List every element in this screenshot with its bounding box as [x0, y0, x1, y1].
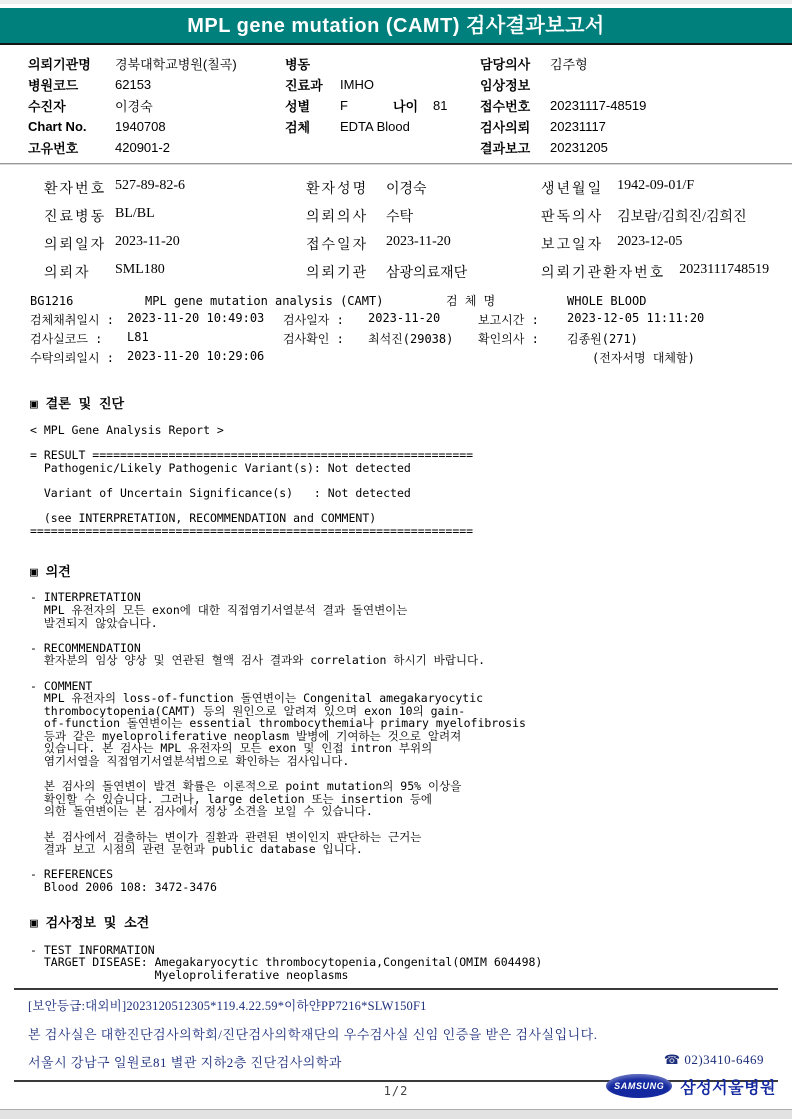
patient-label: 진료병동	[30, 206, 115, 226]
info-value: 420901-2	[115, 140, 285, 155]
patient-value: 김보람/김희진/김희진	[617, 206, 792, 226]
patient-row: 의뢰자 SML180 의뢰기관 삼광의료재단 의뢰기관환자번호 20231117…	[30, 255, 792, 283]
patient-label: 생년월일	[541, 178, 617, 198]
info-label: 의뢰기관명	[28, 54, 115, 73]
security-line: [보안등급:대외비]2023120512305*119.4.22.59*이하얀P…	[28, 996, 778, 1014]
info-value: 이경숙	[115, 96, 285, 115]
patient-value: 수탁	[386, 206, 541, 226]
patient-label: 판독의사	[541, 206, 617, 226]
top-strip	[0, 0, 792, 8]
info-row: 의뢰기관명 경북대학교병원(칠곡) 병동 담당의사 김주형	[28, 53, 792, 74]
info-label: 결과보고	[480, 138, 550, 157]
section-separator	[0, 163, 792, 165]
page-title: MPL gene mutation (CAMT) 검사결과보고서	[187, 15, 605, 37]
test-header-row: BG1216 MPL gene mutation analysis (CAMT)…	[30, 291, 792, 310]
patient-label: 접수일자	[306, 234, 386, 254]
specimen-value: WHOLE BLOOD	[567, 294, 646, 308]
patient-label: 보고일자	[541, 234, 617, 254]
hospital-name: 삼성서울병원	[680, 1075, 776, 1098]
info-value: 81	[433, 98, 480, 113]
conclusion-section: ▣ 결론 및 진단 < MPL Gene Analysis Report > =…	[0, 393, 792, 537]
patient-label: 의뢰의사	[306, 206, 386, 226]
info-label: 병원코드	[28, 75, 115, 94]
section-body: - TEST INFORMATION TARGET DISEASE: Amega…	[30, 944, 792, 982]
address-line: 서울시 강남구 일원로81 별관 지하2층 진단검사의학과	[28, 1052, 342, 1071]
bottom-strip	[0, 1109, 792, 1119]
patient-label: 환자번호	[30, 178, 115, 198]
specimen-label: 검 체 명	[446, 292, 567, 309]
patient-value: 2023-11-20	[386, 234, 541, 250]
info-value: 20231117	[550, 119, 792, 134]
patient-value: SML180	[115, 262, 306, 278]
test-label: 보고시간 :	[478, 311, 567, 328]
address-row: 서울시 강남구 일원로81 별관 지하2층 진단검사의학과 ☎ 02)3410-…	[28, 1052, 764, 1071]
phone-number: ☎ 02)3410-6469	[664, 1052, 764, 1071]
patient-value: 2023-12-05	[617, 234, 792, 250]
test-label: 검사실코드 :	[30, 330, 127, 347]
section-heading: ▣ 의견	[30, 561, 792, 580]
info-label: 검체	[285, 117, 340, 136]
info-label: 수진자	[28, 96, 115, 115]
info-label: 임상정보	[480, 75, 550, 94]
test-label: 수탁의뢰일시 :	[30, 349, 127, 366]
info-value: 1940708	[115, 119, 285, 134]
section-heading: ▣ 결론 및 진단	[30, 393, 792, 412]
info-label: 성별	[285, 96, 340, 115]
test-value: 2023-12-05 11:11:20	[567, 311, 704, 328]
test-info-section: ▣ 검사정보 및 소견 - TEST INFORMATION TARGET DI…	[0, 912, 792, 982]
test-summary-block: BG1216 MPL gene mutation analysis (CAMT)…	[0, 291, 792, 367]
patient-label: 환자성명	[306, 178, 386, 198]
test-label: 검사확인 :	[283, 330, 368, 347]
test-value: 김종원(271)	[567, 330, 638, 347]
test-label	[478, 349, 567, 366]
test-row: 수탁의뢰일시 :2023-11-20 10:29:06 (전자서명 대체함)	[30, 348, 792, 367]
info-label: 담당의사	[480, 54, 550, 73]
info-value: 경북대학교병원(칠곡)	[115, 54, 285, 73]
test-label: 확인의사 :	[478, 330, 567, 347]
test-name: MPL gene mutation analysis (CAMT)	[145, 294, 446, 308]
patient-label: 의뢰기관환자번호	[541, 262, 679, 282]
test-value: 최석진(29038)	[368, 330, 453, 347]
patient-value: 527-89-82-6	[115, 178, 306, 194]
patient-row: 의뢰일자 2023-11-20 접수일자 2023-11-20 보고일자 202…	[30, 227, 792, 255]
test-value: 2023-11-20	[368, 311, 440, 328]
patient-label: 의뢰기관	[306, 262, 386, 282]
info-label: Chart No.	[28, 119, 115, 134]
test-value: L81	[127, 330, 149, 347]
info-value: 20231117-48519	[550, 98, 792, 113]
info-label: 나이	[393, 96, 433, 115]
info-label: 고유번호	[28, 138, 115, 157]
patient-label: 의뢰일자	[30, 234, 115, 254]
report-title-bar: MPL gene mutation (CAMT) 검사결과보고서	[0, 8, 792, 45]
patient-label: 의뢰자	[30, 262, 115, 282]
section-body: - INTERPRETATION MPL 유전자의 모든 exon에 대한 직접…	[30, 591, 792, 893]
info-value: F	[340, 98, 393, 113]
info-value: 20231205	[550, 140, 792, 155]
patient-row: 진료병동 BL/BL 의뢰의사 수탁 판독의사 김보람/김희진/김희진	[30, 199, 792, 227]
patient-value: 이경숙	[386, 178, 541, 198]
info-value: 김주형	[550, 54, 792, 73]
patient-value: 2023111748519	[679, 262, 769, 278]
info-label: 병동	[285, 54, 340, 73]
info-row: 고유번호 420901-2 결과보고 20231205	[28, 137, 792, 158]
patient-value: BL/BL	[115, 206, 306, 222]
patient-value: 1942-09-01/F	[617, 178, 792, 194]
info-row: Chart No. 1940708 검체 EDTA Blood 검사의뢰 202…	[28, 116, 792, 137]
info-row: 병원코드 62153 진료과 IMHO 임상정보	[28, 74, 792, 95]
test-label: 검체채취일시 :	[30, 311, 127, 328]
section-body: < MPL Gene Analysis Report > = RESULT ==…	[30, 424, 792, 537]
patient-value: 삼광의료재단	[386, 262, 541, 282]
test-row: 검사실코드 :L81 검사확인 :최석진(29038) 확인의사 :김종원(27…	[30, 329, 792, 348]
signature-note: (전자서명 대체함)	[567, 349, 695, 366]
samsung-wordmark: SAMSUNG	[614, 1081, 664, 1091]
test-value: 2023-11-20 10:29:06	[127, 349, 264, 366]
opinion-section: ▣ 의견 - INTERPRETATION MPL 유전자의 모든 exon에 …	[0, 561, 792, 893]
info-label: 검사의뢰	[480, 117, 550, 136]
info-value: 62153	[115, 77, 285, 92]
test-value: 2023-11-20 10:49:03	[127, 311, 264, 328]
samsung-logo: SAMSUNG 삼성서울병원	[606, 1074, 776, 1098]
patient-row: 환자번호 527-89-82-6 환자성명 이경숙 생년월일 1942-09-0…	[30, 171, 792, 199]
patient-info-section: 환자번호 527-89-82-6 환자성명 이경숙 생년월일 1942-09-0…	[0, 171, 792, 283]
info-label: 접수번호	[480, 96, 550, 115]
test-label: 검사일자 :	[283, 311, 368, 328]
request-info-section: 의뢰기관명 경북대학교병원(칠곡) 병동 담당의사 김주형 병원코드 62153…	[0, 45, 792, 158]
patient-value: 2023-11-20	[115, 234, 306, 250]
samsung-ellipse-icon: SAMSUNG	[606, 1074, 672, 1098]
test-row: 검체채취일시 :2023-11-20 10:49:03 검사일자 :2023-1…	[30, 310, 792, 329]
section-heading: ▣ 검사정보 및 소견	[30, 912, 792, 931]
info-row: 수진자 이경숙 성별 F 나이 81 접수번호 20231117-48519	[28, 95, 792, 116]
info-value: IMHO	[340, 77, 480, 92]
info-label: 진료과	[285, 75, 340, 94]
accreditation-line: 본 검사실은 대한진단검사의학회/진단검사의학재단의 우수검사실 신임 인증을 …	[28, 1024, 778, 1043]
test-code: BG1216	[30, 294, 145, 308]
info-value: EDTA Blood	[340, 119, 480, 134]
